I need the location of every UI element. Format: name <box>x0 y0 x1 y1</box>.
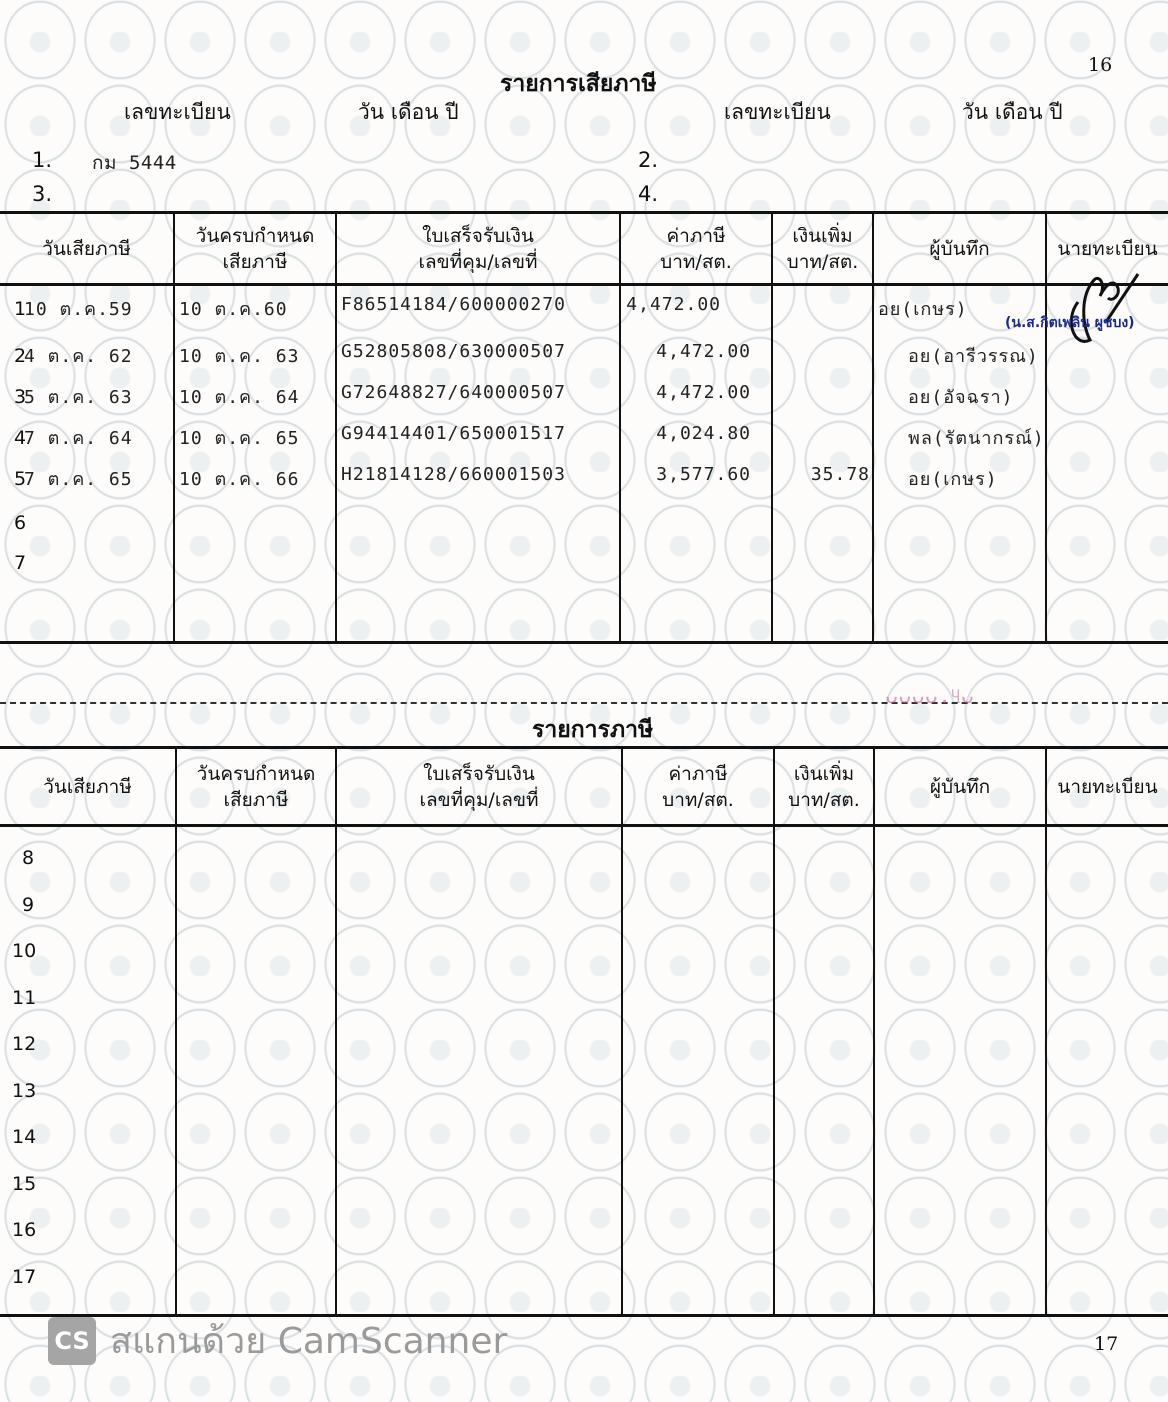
tax-amount-cell: 4,024.80 <box>656 423 751 444</box>
column-tax-amount: 4,472.004,472.004,472.004,024.803,577.60 <box>620 285 772 643</box>
tax-payment-table-1: วันเสียภาษี วันครบกำหนดเสียภาษี ใบเสร็จร… <box>0 211 1168 644</box>
registration-index-1: 1. <box>32 148 52 172</box>
receipt-number-cell: G72648827/640000507 <box>341 382 566 403</box>
due-date-cell: 10 ต.ค. 63 <box>179 341 299 370</box>
due-date-cell: 10 ต.ค. 66 <box>179 464 299 493</box>
tax-amount-cell: 3,577.60 <box>656 464 751 485</box>
row-number: 14 <box>12 1126 36 1148</box>
table-header-row: วันเสียภาษี วันครบกำหนดเสียภาษี ใบเสร็จร… <box>0 213 1168 285</box>
tax-amount-cell: 4,472.00 <box>656 382 751 403</box>
section1-title: รายการเสียภาษี <box>500 66 657 102</box>
recorder-cell: อย(อัจฉรา) <box>908 382 1013 411</box>
due-date-cell: 10 ต.ค.60 <box>179 294 288 323</box>
column-surcharge: 35.78 <box>772 285 873 643</box>
column-recorder: อย(เกษร)อย(อารีวรรณ)อย(อัจฉรา)พล(รัตนากร… <box>873 285 1046 643</box>
tax-payment-table-2: วันเสียภาษี วันครบกำหนดเสียภาษี ใบเสร็จร… <box>0 746 1168 1317</box>
paid-date-cell: 7 ต.ค. 65 <box>24 464 133 493</box>
header-surcharge: เงินเพิ่มบาท/สต. <box>772 213 873 285</box>
row-number: 17 <box>12 1266 36 1288</box>
row-number: 8 <box>22 847 34 869</box>
header-due-date: วันครบกำหนดเสียภาษี <box>176 748 336 826</box>
registration-number-label-1: เลขทะเบียน <box>124 96 231 129</box>
header-registrar: นายทะเบียน <box>1046 748 1168 826</box>
registration-index-4: 4. <box>638 182 658 206</box>
bottom-page-number: 17 <box>1094 1333 1118 1355</box>
column-recorder <box>874 826 1046 1316</box>
paid-date-cell: 5 ต.ค. 63 <box>24 382 133 411</box>
table-header-row: วันเสียภาษี วันครบกำหนดเสียภาษี ใบเสร็จร… <box>0 748 1168 826</box>
row-number: 11 <box>12 987 36 1009</box>
row-number: 10 <box>12 940 36 962</box>
header-recorder: ผู้บันทึก <box>873 213 1046 285</box>
top-page-number: 16 <box>1088 54 1112 76</box>
registration-date-label-1: วัน เดือน ปี <box>358 96 459 129</box>
due-date-cell: 10 ต.ค. 65 <box>179 423 299 452</box>
column-tax-amount <box>622 826 774 1316</box>
row-number: 15 <box>12 1173 36 1195</box>
registrar-name-stamp: (น.ส.กิตเพลิน ผูชบง) <box>1005 312 1135 334</box>
perforation-divider <box>0 702 1168 704</box>
section2-title: รายการภาษี <box>532 712 653 748</box>
header-receipt: ใบเสร็จรับเงินเลขที่คุม/เลขที่ <box>336 748 622 826</box>
column-paid-date: 110 ต.ค.5924 ต.ค. 6235 ต.ค. 6347 ต.ค. 64… <box>0 285 174 643</box>
header-paid-date: วันเสียภาษี <box>0 748 176 826</box>
receipt-number-cell: H21814128/660001503 <box>341 464 566 485</box>
row-number: 9 <box>22 894 34 916</box>
registration-index-2: 2. <box>638 148 658 172</box>
header-tax-amount: ค่าภาษีบาท/สต. <box>620 213 772 285</box>
receipt-number-cell: G52805808/630000507 <box>341 341 566 362</box>
receipt-number-cell: F86514184/600000270 <box>341 294 566 315</box>
header-recorder: ผู้บันทึก <box>874 748 1046 826</box>
recorder-cell: อย(เกษร) <box>908 464 998 493</box>
camscanner-logo-icon: CS <box>48 1317 96 1365</box>
tax-amount-cell: 4,472.00 <box>656 341 751 362</box>
column-receipt: F86514184/600000270G52805808/630000507G7… <box>336 285 620 643</box>
header-tax-amount: ค่าภาษีบาท/สต. <box>622 748 774 826</box>
registration-plate-1: กม 5444 <box>92 148 177 178</box>
row-number: 16 <box>12 1219 36 1241</box>
row-number: 13 <box>12 1080 36 1102</box>
registration-date-label-2: วัน เดือน ปี <box>962 96 1063 129</box>
paid-date-cell: 7 ต.ค. 64 <box>24 423 133 452</box>
header-receipt: ใบเสร็จรับเงินเลขที่คุม/เลขที่ <box>336 213 620 285</box>
due-date-cell: 10 ต.ค. 64 <box>179 382 299 411</box>
faded-stamp-mark: ᴗᴗᴗᴗ.୳ᴗ <box>885 684 974 709</box>
recorder-cell: อย(เกษร) <box>878 294 968 323</box>
header-surcharge: เงินเพิ่มบาท/สต. <box>774 748 874 826</box>
camscanner-watermark: CS สแกนด้วย CamScanner <box>48 1312 507 1369</box>
column-due-date: 10 ต.ค.6010 ต.ค. 6310 ต.ค. 6410 ต.ค. 651… <box>174 285 336 643</box>
row-number: 7 <box>14 552 26 574</box>
paid-date-cell: 4 ต.ค. 62 <box>24 341 133 370</box>
recorder-cell: พล(รัตนากรณ์) <box>908 423 1045 452</box>
camscanner-watermark-text: สแกนด้วย CamScanner <box>110 1312 507 1369</box>
column-due-date <box>176 826 336 1316</box>
column-registrar <box>1046 826 1168 1316</box>
header-due-date: วันครบกำหนดเสียภาษี <box>174 213 336 285</box>
column-paid-date: 891011121314151617 <box>0 826 176 1316</box>
paid-date-cell: 10 ต.ค.59 <box>24 294 133 323</box>
tax-amount-cell: 4,472.00 <box>626 294 721 315</box>
column-receipt <box>336 826 622 1316</box>
receipt-number-cell: G94414401/650001517 <box>341 423 566 444</box>
column-surcharge <box>774 826 874 1316</box>
recorder-cell: อย(อารีวรรณ) <box>908 341 1039 370</box>
row-number: 12 <box>12 1033 36 1055</box>
registration-index-3: 3. <box>32 182 52 206</box>
header-paid-date: วันเสียภาษี <box>0 213 174 285</box>
registrar-signature-icon <box>1060 262 1150 352</box>
registration-number-label-2: เลขทะเบียน <box>724 96 831 129</box>
surcharge-cell: 35.78 <box>811 464 870 485</box>
row-number: 6 <box>14 512 26 534</box>
